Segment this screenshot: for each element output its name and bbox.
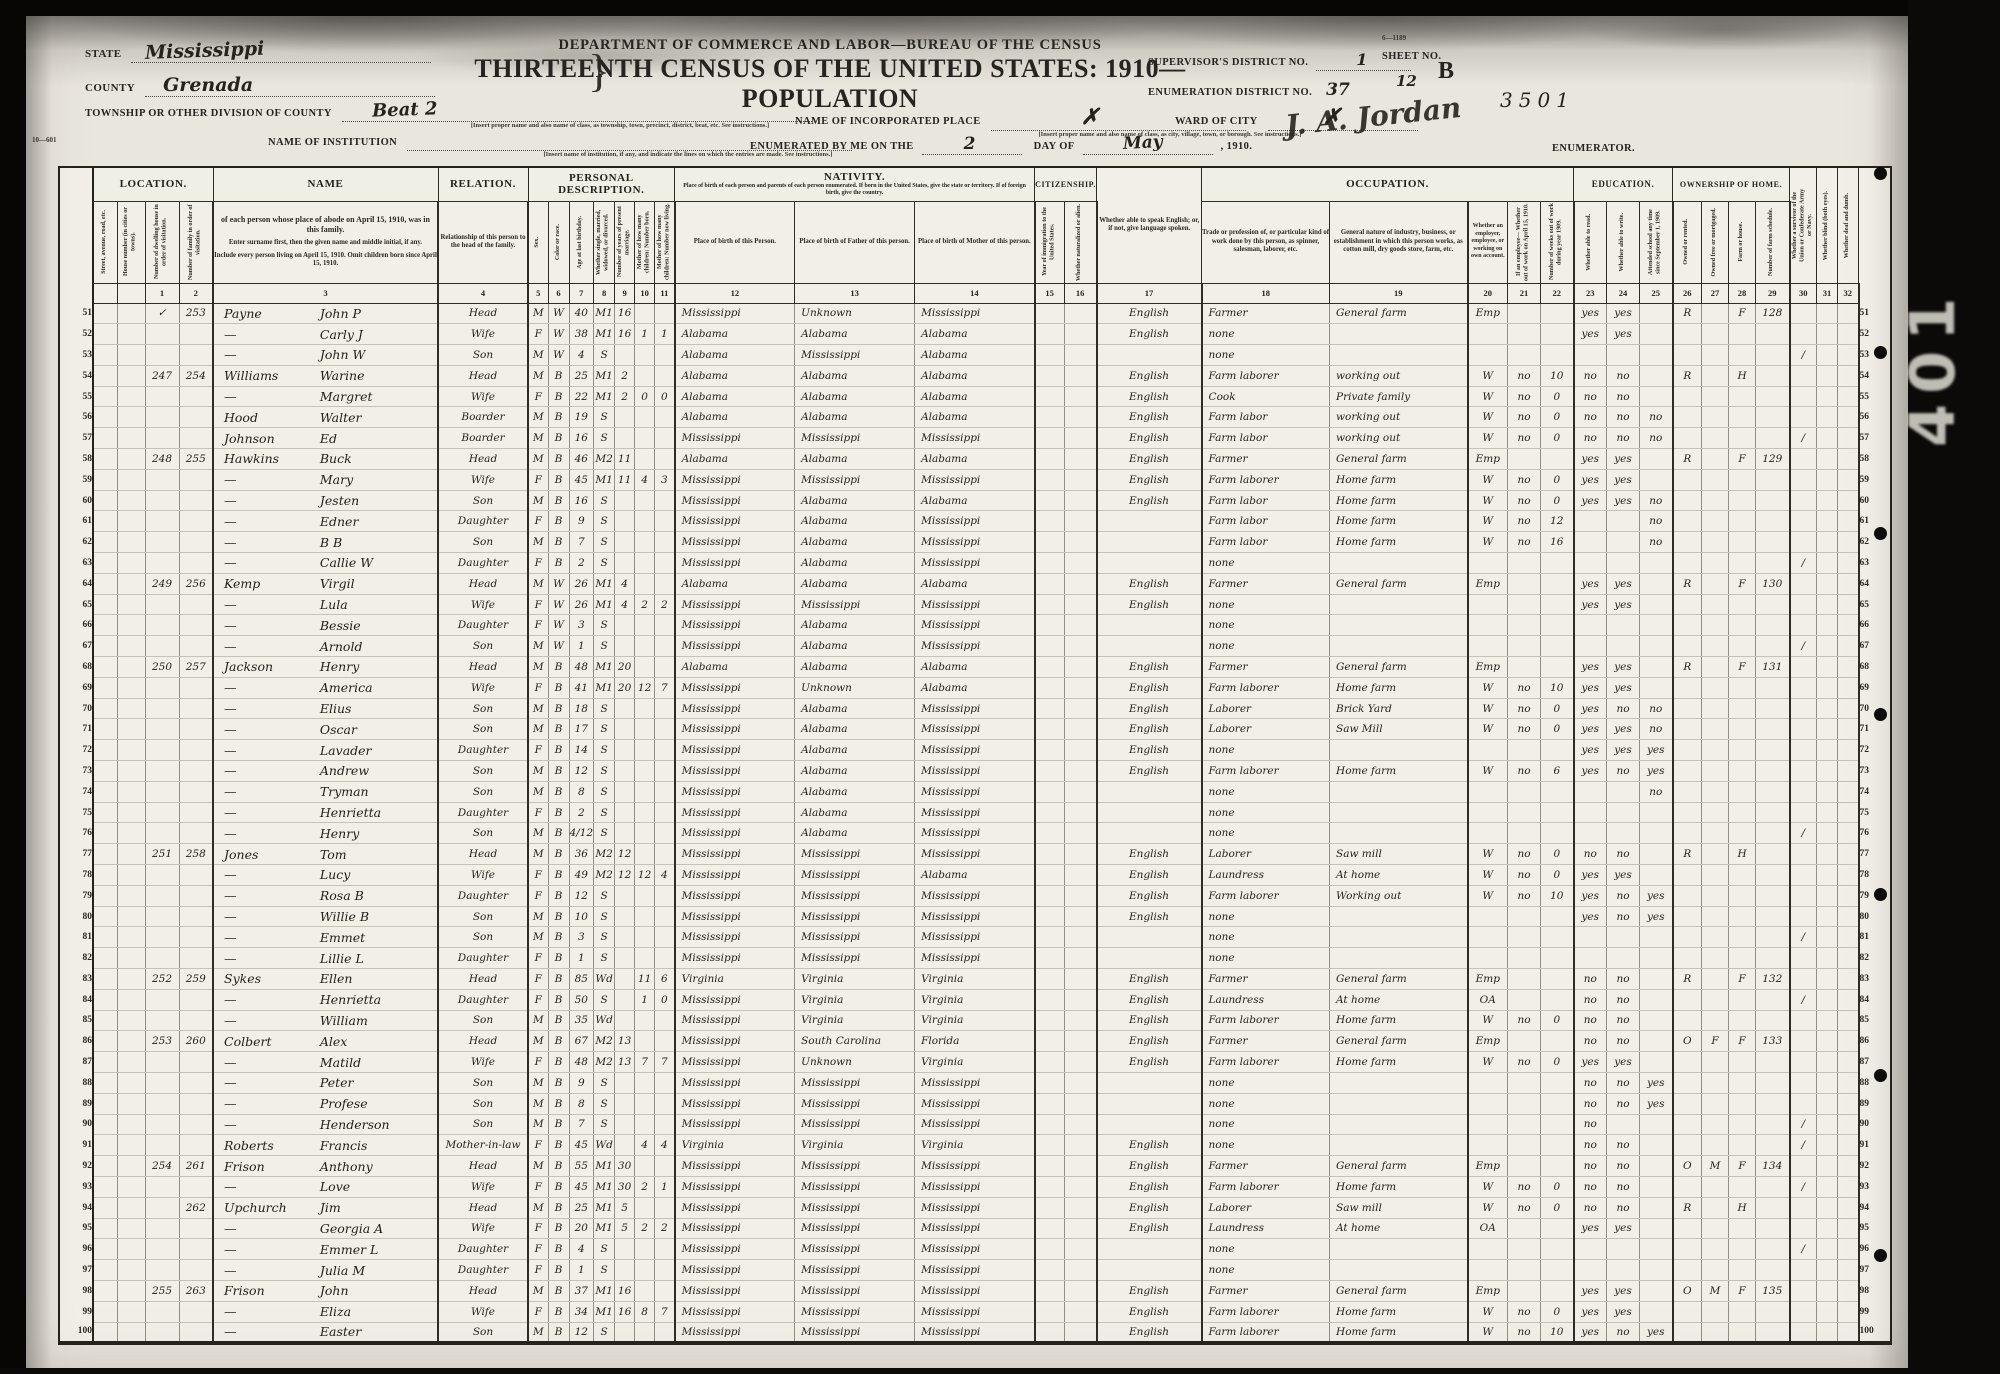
line-number-left: 100 [59,1322,93,1343]
name: —Emmet [213,927,438,948]
given-name: Alex [320,1034,347,1049]
line-number-left: 69 [59,677,93,698]
home-owned-or-rented [1673,511,1702,532]
years-married [615,719,635,740]
color-race: B [548,719,569,740]
home-owned-or-rented [1673,927,1702,948]
able-to-write: no [1607,1135,1640,1156]
street [93,428,117,449]
immigration-year [1035,719,1065,740]
farm-or-house: F [1729,1156,1756,1177]
marital-status: Wd [594,1010,615,1031]
family-number [179,823,213,844]
weeks-out-of-work [1541,345,1574,366]
attended-school [1640,594,1673,615]
farm-or-house: H [1729,844,1756,865]
col-number-10: 10 [635,283,655,303]
industry: working out [1330,428,1468,449]
industry [1330,781,1468,802]
out-of-work: no [1508,844,1541,865]
marital-status: S [594,781,615,802]
father-birthplace: Mississippi [795,927,915,948]
owned-free-or-mortgaged [1702,802,1729,823]
civil-war-survivor [1790,615,1817,636]
name: —America [213,677,438,698]
col-write-desc: Whether able to write. [1607,201,1640,283]
birthplace: Mississippi [675,761,795,782]
deaf-dumb [1838,386,1859,407]
person-row: 80—Willie BSonMB10SMississippiMississipp… [59,906,1891,927]
marital-status: M1 [594,594,615,615]
able-to-read: no [1574,1156,1607,1177]
birthplace: Mississippi [675,532,795,553]
deaf-dumb [1838,719,1859,740]
farm-schedule-number [1756,594,1790,615]
blind [1817,365,1838,386]
trade: Farm labor [1202,428,1330,449]
speaks-english: English [1097,490,1202,511]
name: FrisonJohn [213,1280,438,1301]
surname: — [214,951,320,966]
able-to-write [1607,802,1640,823]
person-row: 74—TrymanSonMB8SMississippiAlabamaMissis… [59,781,1891,802]
house-number [117,1218,145,1239]
immigration-year [1035,386,1065,407]
children-living [655,636,675,657]
street [93,927,117,948]
street [93,553,117,574]
marital-status: M1 [594,1218,615,1239]
able-to-write: yes [1607,303,1640,324]
marital-status: S [594,532,615,553]
given-name: Henry [320,826,359,841]
years-married: 11 [615,449,635,470]
dwelling-number [145,761,179,782]
industry [1330,345,1468,366]
deaf-dumb [1838,677,1859,698]
children-born [635,407,655,428]
birthplace: Mississippi [675,469,795,490]
able-to-write: yes [1607,1218,1640,1239]
out-of-work [1508,989,1541,1010]
immigration-year [1035,1135,1065,1156]
able-to-write: yes [1607,573,1640,594]
dwelling-number [145,698,179,719]
farm-or-house [1729,885,1756,906]
marital-status: M2 [594,865,615,886]
given-name: Arnold [320,639,363,654]
family-number: 258 [179,844,213,865]
immigration-year [1035,594,1065,615]
given-name: Willie B [320,909,369,924]
naturalized [1064,927,1096,948]
mother-birthplace: Alabama [915,386,1035,407]
home-owned-or-rented [1673,386,1702,407]
father-birthplace: Mississippi [795,948,915,969]
speaks-english: English [1097,386,1202,407]
age: 1 [569,948,594,969]
industry: General farm [1330,1156,1468,1177]
surname: — [214,1055,320,1070]
employer-status [1468,927,1508,948]
punch-hole [1874,708,1887,721]
home-owned-or-rented [1673,532,1702,553]
home-owned-or-rented: O [1673,1280,1702,1301]
civil-war-survivor [1790,719,1817,740]
trade: Laundress [1202,865,1330,886]
street [93,1135,117,1156]
immigration-year [1035,1156,1065,1177]
color-race: B [548,865,569,886]
out-of-work: no [1508,885,1541,906]
attended-school [1640,303,1673,324]
out-of-work [1508,553,1541,574]
deaf-dumb [1838,1176,1859,1197]
punch-hole [1874,1249,1887,1262]
family-number [179,802,213,823]
naturalized [1064,1260,1096,1281]
house-number [117,1280,145,1301]
mother-birthplace: Mississippi [915,740,1035,761]
employer-status: W [1468,532,1508,553]
farm-or-house: H [1729,1197,1756,1218]
years-married: 13 [615,1031,635,1052]
line-number-left: 51 [59,303,93,324]
col-number-30: 30 [1790,283,1817,303]
able-to-write: yes [1607,740,1640,761]
children-born [635,345,655,366]
name-desc-2: Enter surname first, then the given name… [214,239,437,247]
employer-status: W [1468,719,1508,740]
street [93,740,117,761]
weeks-out-of-work [1541,1135,1574,1156]
home-owned-or-rented [1673,490,1702,511]
naturalized [1064,865,1096,886]
blind [1817,553,1838,574]
able-to-read: yes [1574,469,1607,490]
civil-war-survivor [1790,1301,1817,1322]
children-living: 7 [655,1052,675,1073]
family-number [179,469,213,490]
weeks-out-of-work [1541,1218,1574,1239]
industry [1330,324,1468,345]
marital-status: S [594,698,615,719]
trade: none [1202,345,1330,366]
birthplace: Mississippi [675,553,795,574]
owned-free-or-mortgaged [1702,1197,1729,1218]
mother-birthplace: Alabama [915,324,1035,345]
civil-war-survivor [1790,906,1817,927]
punch-hole [1874,527,1887,540]
birthplace: Mississippi [675,1176,795,1197]
civil-war-survivor [1790,865,1817,886]
house-number [117,719,145,740]
sex: M [528,844,548,865]
naturalized [1064,469,1096,490]
weeks-out-of-work: 0 [1541,490,1574,511]
line-number-left: 96 [59,1239,93,1260]
civil-war-survivor [1790,1031,1817,1052]
years-married [615,740,635,761]
marital-status: M1 [594,657,615,678]
owned-free-or-mortgaged [1702,1114,1729,1135]
children-living [655,490,675,511]
birthplace: Mississippi [675,636,795,657]
street [93,719,117,740]
speaks-english [1097,823,1202,844]
family-number [179,1301,213,1322]
naturalized [1064,823,1096,844]
person-row: 56HoodWalterBoarderMB19SAlabamaAlabamaAl… [59,407,1891,428]
speaks-english: English [1097,469,1202,490]
line-number-left: 91 [59,1135,93,1156]
col-father-birthplace-desc: Place of birth of Father of this person. [795,201,915,283]
family-number [179,1218,213,1239]
weeks-out-of-work [1541,969,1574,990]
house-number [117,636,145,657]
attended-school: no [1640,490,1673,511]
able-to-read: no [1574,1093,1607,1114]
sex: F [528,989,548,1010]
birthplace: Mississippi [675,802,795,823]
children-living [655,948,675,969]
blind [1817,324,1838,345]
owned-free-or-mortgaged [1702,365,1729,386]
blind [1817,1135,1838,1156]
col-read-desc: Whether able to read. [1574,201,1607,283]
able-to-read: yes [1574,719,1607,740]
sex: M [528,657,548,678]
family-number [179,1322,213,1343]
employer-status: W [1468,698,1508,719]
form-number: 10—601 [32,136,57,144]
blind [1817,1176,1838,1197]
relation: Mother-in-law [438,1135,528,1156]
farm-or-house [1729,1301,1756,1322]
group-ownership: OWNERSHIP OF HOME. [1673,167,1790,201]
owned-free-or-mortgaged [1702,1052,1729,1073]
blind [1817,969,1838,990]
name: —Eliza [213,1301,438,1322]
line-number-left: 64 [59,573,93,594]
line-number-left: 82 [59,948,93,969]
employer-status: W [1468,469,1508,490]
industry: Private family [1330,386,1468,407]
farm-or-house [1729,407,1756,428]
mother-birthplace: Mississippi [915,802,1035,823]
deaf-dumb [1838,532,1859,553]
years-married: 2 [615,386,635,407]
house-number [117,989,145,1010]
age: 45 [569,1176,594,1197]
weeks-out-of-work: 0 [1541,386,1574,407]
children-living [655,823,675,844]
surname: — [214,1117,320,1132]
deaf-dumb [1838,615,1859,636]
given-name: Oscar [320,722,357,737]
age: 4 [569,345,594,366]
speaks-english: English [1097,1156,1202,1177]
farm-or-house [1729,948,1756,969]
out-of-work [1508,657,1541,678]
father-birthplace: Alabama [795,719,915,740]
able-to-read: yes [1574,677,1607,698]
color-race: B [548,948,569,969]
years-married [615,553,635,574]
out-of-work: no [1508,490,1541,511]
industry: Working out [1330,885,1468,906]
house-number [117,865,145,886]
employer-status: W [1468,511,1508,532]
relation: Head [438,1280,528,1301]
civil-war-survivor [1790,802,1817,823]
civil-war-survivor: / [1790,553,1817,574]
children-born: 2 [635,1218,655,1239]
employer-status [1468,1135,1508,1156]
street [93,1072,117,1093]
color-race: B [548,1052,569,1073]
out-of-work [1508,1156,1541,1177]
surname: — [214,1075,320,1090]
farm-schedule-number [1756,948,1790,969]
surname: — [214,597,320,612]
given-name: Margret [320,389,373,404]
street [93,657,117,678]
person-row: 92254261FrisonAnthonyHeadMB55M130Mississ… [59,1156,1891,1177]
industry [1330,1135,1468,1156]
industry: working out [1330,407,1468,428]
line-number-left: 56 [59,407,93,428]
naturalized [1064,906,1096,927]
children-living [655,698,675,719]
marital-status: M2 [594,1052,615,1073]
form-edition: 6—1189 [1382,34,1406,42]
home-owned-or-rented: R [1673,844,1702,865]
name: HoodWalter [213,407,438,428]
farm-or-house [1729,1010,1756,1031]
birthplace: Mississippi [675,719,795,740]
house-number [117,594,145,615]
able-to-write [1607,927,1640,948]
street [93,1239,117,1260]
civil-war-survivor [1790,1072,1817,1093]
speaks-english: English [1097,1135,1202,1156]
speaks-english: English [1097,698,1202,719]
birthplace: Mississippi [675,1280,795,1301]
owned-free-or-mortgaged [1702,906,1729,927]
speaks-english [1097,1239,1202,1260]
street [93,802,117,823]
children-living [655,449,675,470]
age: 38 [569,324,594,345]
owned-free-or-mortgaged [1702,594,1729,615]
home-owned-or-rented: R [1673,303,1702,324]
enumerated-day: 2 [922,134,976,154]
years-married: 16 [615,303,635,324]
dwelling-number [145,469,179,490]
line-number-right: 83 [1859,969,1891,990]
house-number [117,1301,145,1322]
marital-status: S [594,1072,615,1093]
house-number [117,324,145,345]
township-value: Beat 2 [342,98,438,122]
industry: General farm [1330,969,1468,990]
weeks-out-of-work [1541,989,1574,1010]
weeks-out-of-work: 0 [1541,1197,1574,1218]
street [93,1218,117,1239]
years-married [615,407,635,428]
blind [1817,1280,1838,1301]
mother-birthplace: Florida [915,1031,1035,1052]
home-owned-or-rented: R [1673,969,1702,990]
home-owned-or-rented [1673,345,1702,366]
family-number [179,698,213,719]
trade: Farmer [1202,1031,1330,1052]
dwelling-number [145,677,179,698]
color-race: B [548,1031,569,1052]
col-farm-house-desc: Farm or house. [1729,201,1756,283]
trade: Farm laborer [1202,1010,1330,1031]
industry: Home farm [1330,1176,1468,1197]
name: —Henrietta [213,802,438,823]
name: —Easter [213,1322,438,1343]
naturalized [1064,1197,1096,1218]
owned-free-or-mortgaged [1702,657,1729,678]
children-living: 7 [655,677,675,698]
father-birthplace: Alabama [795,324,915,345]
employer-status: W [1468,407,1508,428]
relation: Daughter [438,802,528,823]
able-to-write: yes [1607,469,1640,490]
color-race: B [548,844,569,865]
owned-free-or-mortgaged [1702,719,1729,740]
employer-status: W [1468,677,1508,698]
deaf-dumb [1838,345,1859,366]
attended-school [1640,1301,1673,1322]
name: —William [213,1010,438,1031]
given-name: Henry [320,659,359,674]
able-to-write: no [1607,1176,1640,1197]
farm-or-house [1729,761,1756,782]
out-of-work [1508,1072,1541,1093]
age: 35 [569,1010,594,1031]
street [93,885,117,906]
farm-or-house [1729,428,1756,449]
name: UpchurchJim [213,1197,438,1218]
farm-or-house [1729,386,1756,407]
family-number [179,636,213,657]
home-owned-or-rented [1673,469,1702,490]
able-to-write [1607,553,1640,574]
given-name: Julia M [320,1263,365,1278]
line-number-left: 97 [59,1260,93,1281]
street [93,365,117,386]
color-race: B [548,1176,569,1197]
industry [1330,927,1468,948]
street [93,490,117,511]
naturalized [1064,511,1096,532]
birthplace: Alabama [675,324,795,345]
employer-status: Emp [1468,1280,1508,1301]
given-name: Edner [320,514,359,529]
home-owned-or-rented [1673,740,1702,761]
given-name: Warine [320,368,365,383]
dwelling-number: 247 [145,365,179,386]
years-married [615,885,635,906]
name: —Peter [213,1072,438,1093]
color-race: B [548,365,569,386]
farm-schedule-number: 133 [1756,1031,1790,1052]
